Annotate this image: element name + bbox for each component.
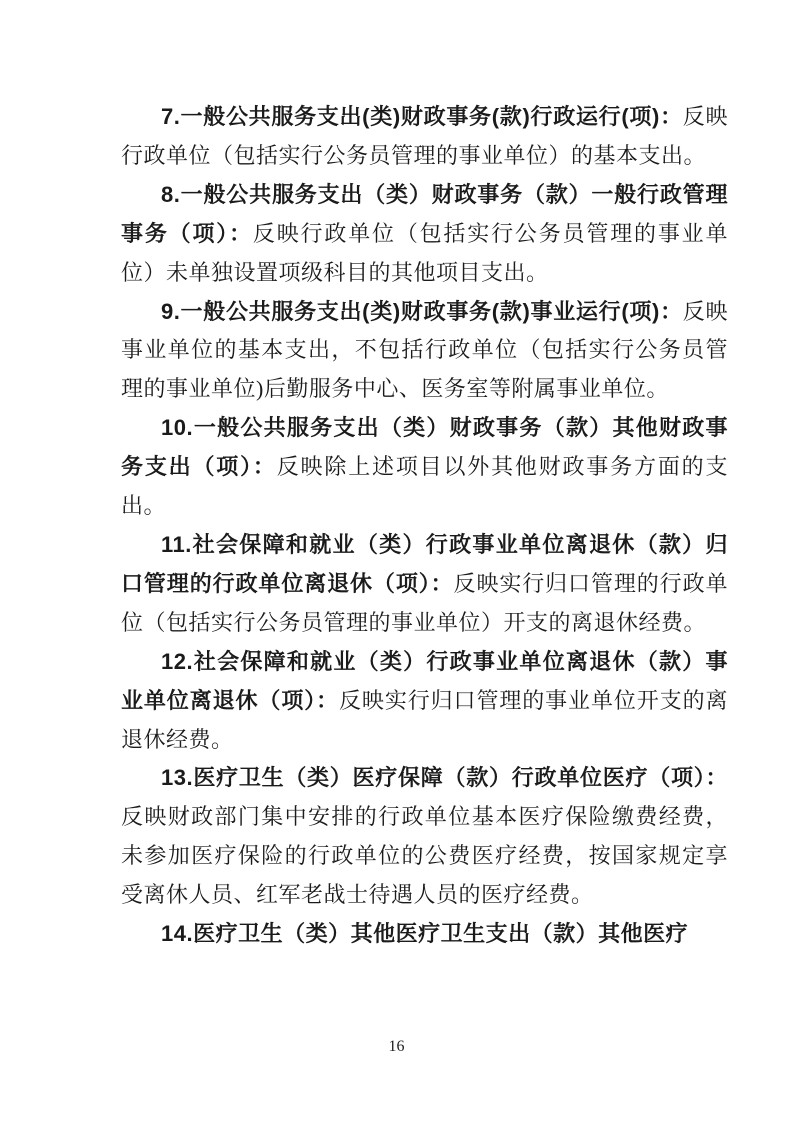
paragraph-9-heading: 9.一般公共服务支出(类)财政事务(款)事业运行(项)： [161, 299, 683, 324]
paragraph-11: 11.社会保障和就业（类）行政事业单位离退休（款）归口管理的行政单位离退休（项）… [121, 526, 728, 643]
document-page: 7.一般公共服务支出(类)财政事务(款)行政运行(项)：反映行政单位（包括实行公… [0, 0, 793, 1122]
document-body: 7.一般公共服务支出(类)财政事务(款)行政运行(项)：反映行政单位（包括实行公… [121, 98, 728, 954]
paragraph-14: 14.医疗卫生（类）其他医疗卫生支出（款）其他医疗 [121, 915, 728, 954]
paragraph-13-heading: 13.医疗卫生（类）医疗保障（款）行政单位医疗（项）： [161, 765, 728, 790]
paragraph-14-heading: 14.医疗卫生（类）其他医疗卫生支出（款）其他医疗 [161, 921, 688, 946]
paragraph-9: 9.一般公共服务支出(类)财政事务(款)事业运行(项)：反映事业单位的基本支出，… [121, 293, 728, 410]
paragraph-13-body: 反映财政部门集中安排的行政单位基本医疗保险缴费经费，未参加医疗保险的行政单位的公… [121, 804, 728, 907]
paragraph-13: 13.医疗卫生（类）医疗保障（款）行政单位医疗（项）：反映财政部门集中安排的行政… [121, 759, 728, 915]
paragraph-7-heading: 7.一般公共服务支出(类)财政事务(款)行政运行(项)： [161, 104, 683, 129]
paragraph-8: 8.一般公共服务支出（类）财政事务（款）一般行政管理事务（项）：反映行政单位（包… [121, 176, 728, 293]
paragraph-10: 10.一般公共服务支出（类）财政事务（款）其他财政事务支出（项）：反映除上述项目… [121, 409, 728, 526]
page-number: 16 [0, 1037, 793, 1057]
paragraph-7: 7.一般公共服务支出(类)财政事务(款)行政运行(项)：反映行政单位（包括实行公… [121, 98, 728, 176]
paragraph-12: 12.社会保障和就业（类）行政事业单位离退休（款）事业单位离退休（项）：反映实行… [121, 643, 728, 760]
